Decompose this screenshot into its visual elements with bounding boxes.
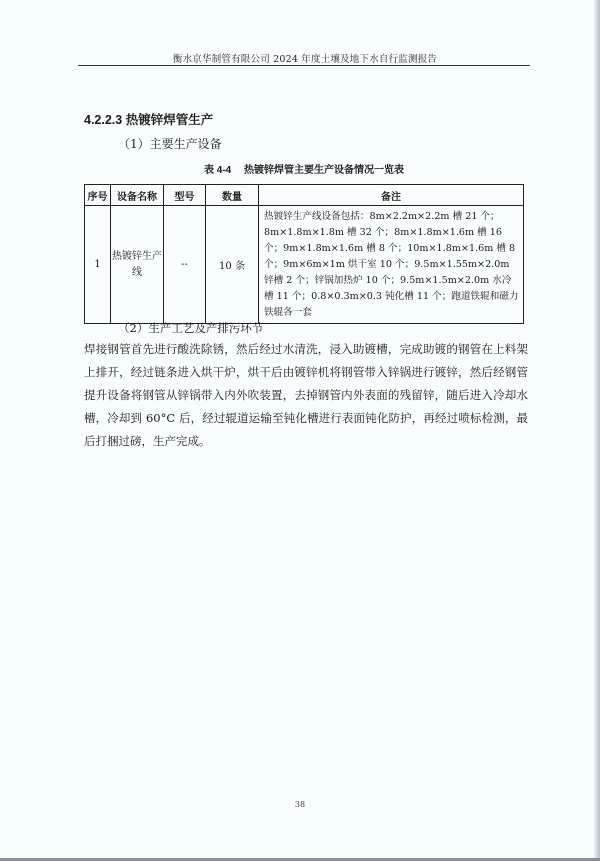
column-header-remark: 备注 <box>259 185 524 206</box>
process-paragraph: 焊接钢管首先进行酸洗除锈，然后经过水清洗，浸入助镀槽，完成助镀的钢管在上料架上排… <box>84 338 528 453</box>
table-caption-number: 表 4-4 <box>204 165 231 176</box>
column-header-name: 设备名称 <box>111 185 164 206</box>
subheading-process: （2）生产工艺及产排污环节 <box>118 320 263 336</box>
page-number: 38 <box>290 800 310 809</box>
running-header: 衡水京华制管有限公司 2024 年度土壤及地下水自行监测报告 <box>80 51 530 65</box>
table-header-row: 序号 设备名称 型号 数量 备注 <box>85 185 524 206</box>
cell-index: 1 <box>85 206 111 324</box>
column-header-model: 型号 <box>164 185 206 206</box>
table-caption: 表 4-4 热镀锌焊管主要生产设备情况一览表 <box>84 161 524 176</box>
cell-remark: 热镀锌生产线设备包括：8m×2.2m×2.2m 槽 21 个；8m×1.8m×1… <box>259 206 524 324</box>
cell-name: 热镀锌生产线 <box>111 206 164 324</box>
header-rule <box>78 65 530 66</box>
section-heading: 4.2.2.3 热镀锌焊管生产 <box>84 110 213 128</box>
cell-model: -- <box>164 206 206 324</box>
cell-quantity: 10 条 <box>206 206 259 324</box>
subheading-equipment: （1）主要生产设备 <box>118 135 222 152</box>
table-caption-title: 热镀锌焊管主要生产设备情况一览表 <box>244 165 404 176</box>
page-edge-shadow <box>594 0 600 861</box>
table-row: 1 热镀锌生产线 -- 10 条 热镀锌生产线设备包括：8m×2.2m×2.2m… <box>85 206 524 324</box>
column-header-index: 序号 <box>85 185 111 206</box>
equipment-table: 序号 设备名称 型号 数量 备注 1 热镀锌生产线 -- 10 条 热镀锌生产线… <box>84 184 524 324</box>
column-header-quantity: 数量 <box>206 185 259 206</box>
